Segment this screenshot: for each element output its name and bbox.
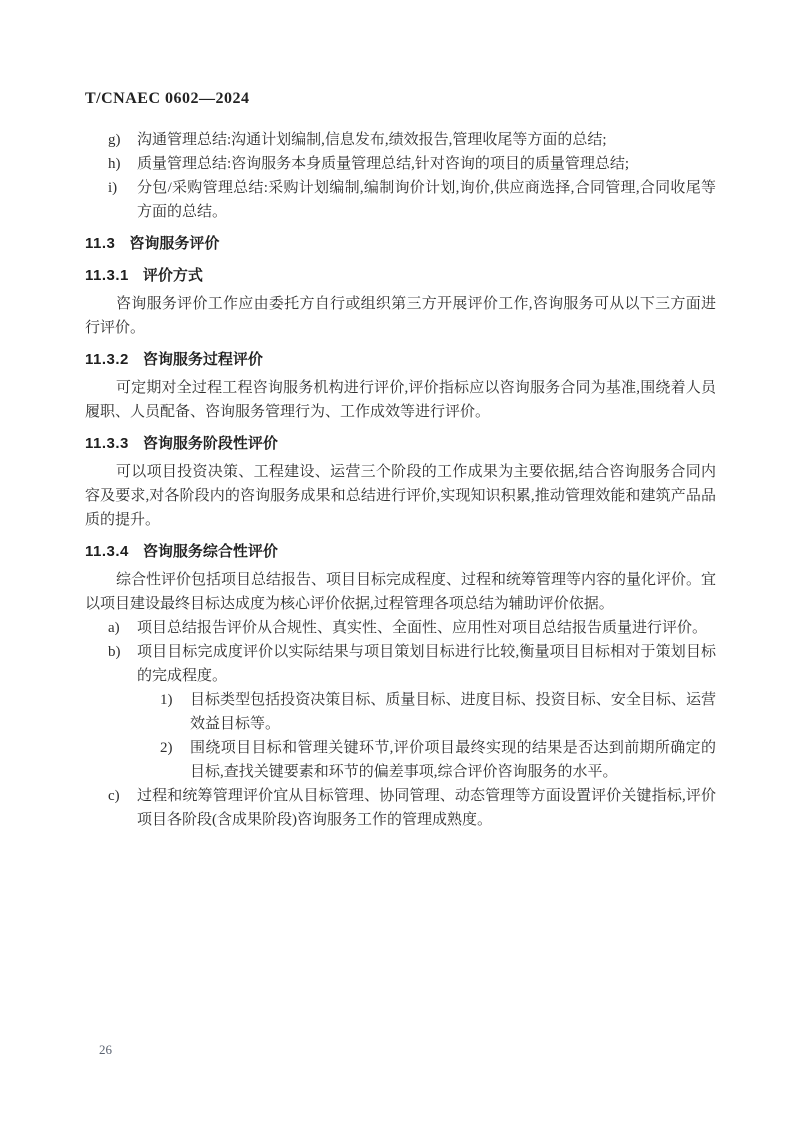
- list-text: 项目目标完成度评价以实际结果与项目策划目标进行比较,衡量项目目标相对于策划目标的…: [137, 640, 716, 688]
- section-number: 11.3.1: [85, 264, 129, 288]
- list-item-i: i) 分包/采购管理总结:采购计划编制,编制询价计划,询价,供应商选择,合同管理…: [85, 176, 716, 224]
- list-text: 项目总结报告评价从合规性、真实性、全面性、应用性对项目总结报告质量进行评价。: [137, 616, 716, 640]
- list-text: 质量管理总结:咨询服务本身质量管理总结,针对咨询的项目的质量管理总结;: [137, 152, 716, 176]
- section-heading-11-3-2: 11.3.2咨询服务过程评价: [85, 348, 716, 372]
- standard-number-header: T/CNAEC 0602—2024: [85, 90, 250, 108]
- section-heading-11-3-1: 11.3.1评价方式: [85, 264, 716, 288]
- summary-list: g) 沟通管理总结:沟通计划编制,信息发布,绩效报告,管理收尾等方面的总结; h…: [85, 128, 716, 224]
- list-marker: h): [108, 152, 137, 176]
- target-sublist: 1) 目标类型包括投资决策目标、质量目标、进度目标、投资目标、安全目标、运营效益…: [137, 688, 716, 784]
- document-page: T/CNAEC 0602—2024 g) 沟通管理总结:沟通计划编制,信息发布,…: [0, 0, 799, 1131]
- list-marker: 2): [160, 736, 190, 760]
- list-text: 沟通管理总结:沟通计划编制,信息发布,绩效报告,管理收尾等方面的总结;: [137, 128, 716, 152]
- list-item-a: a) 项目总结报告评价从合规性、真实性、全面性、应用性对项目总结报告质量进行评价…: [85, 616, 716, 640]
- section-title: 评价方式: [143, 267, 203, 284]
- evaluation-list: a) 项目总结报告评价从合规性、真实性、全面性、应用性对项目总结报告质量进行评价…: [85, 616, 716, 832]
- section-heading-11-3-4: 11.3.4咨询服务综合性评价: [85, 540, 716, 564]
- section-number: 11.3: [85, 232, 115, 256]
- list-text: 分包/采购管理总结:采购计划编制,编制询价计划,询价,供应商选择,合同管理,合同…: [137, 176, 716, 224]
- paragraph-11-3-4: 综合性评价包括项目总结报告、项目目标完成程度、过程和统筹管理等内容的量化评价。宜…: [85, 568, 716, 616]
- page-number: 26: [99, 1042, 112, 1058]
- list-marker: c): [108, 784, 137, 808]
- paragraph-11-3-3: 可以项目投资决策、工程建设、运营三个阶段的工作成果为主要依据,结合咨询服务合同内…: [85, 460, 716, 532]
- list-marker: b): [108, 640, 137, 664]
- list-item-b: b) 项目目标完成度评价以实际结果与项目策划目标进行比较,衡量项目目标相对于策划…: [85, 640, 716, 688]
- page-content: g) 沟通管理总结:沟通计划编制,信息发布,绩效报告,管理收尾等方面的总结; h…: [85, 128, 716, 832]
- section-title: 咨询服务综合性评价: [143, 543, 278, 560]
- section-heading-11-3: 11.3咨询服务评价: [85, 232, 716, 256]
- list-text: 围绕项目目标和管理关键环节,评价项目最终实现的结果是否达到前期所确定的目标,查找…: [190, 736, 716, 784]
- section-title: 咨询服务过程评价: [143, 351, 263, 368]
- sub-item-1: 1) 目标类型包括投资决策目标、质量目标、进度目标、投资目标、安全目标、运营效益…: [137, 688, 716, 736]
- list-text: 目标类型包括投资决策目标、质量目标、进度目标、投资目标、安全目标、运营效益目标等…: [190, 688, 716, 736]
- list-text: 过程和统筹管理评价宜从目标管理、协同管理、动态管理等方面设置评价关键指标,评价项…: [137, 784, 716, 832]
- sub-item-2: 2) 围绕项目目标和管理关键环节,评价项目最终实现的结果是否达到前期所确定的目标…: [137, 736, 716, 784]
- paragraph-11-3-1: 咨询服务评价工作应由委托方自行或组织第三方开展评价工作,咨询服务可从以下三方面进…: [85, 292, 716, 340]
- section-heading-11-3-3: 11.3.3咨询服务阶段性评价: [85, 432, 716, 456]
- list-marker: a): [108, 616, 137, 640]
- section-title: 咨询服务阶段性评价: [143, 435, 278, 452]
- list-item-c: c) 过程和统筹管理评价宜从目标管理、协同管理、动态管理等方面设置评价关键指标,…: [85, 784, 716, 832]
- section-title: 咨询服务评价: [129, 235, 219, 252]
- list-item-h: h) 质量管理总结:咨询服务本身质量管理总结,针对咨询的项目的质量管理总结;: [85, 152, 716, 176]
- list-item-g: g) 沟通管理总结:沟通计划编制,信息发布,绩效报告,管理收尾等方面的总结;: [85, 128, 716, 152]
- list-marker: i): [108, 176, 137, 200]
- section-number: 11.3.4: [85, 540, 129, 564]
- list-marker: 1): [160, 688, 190, 712]
- list-marker: g): [108, 128, 137, 152]
- section-number: 11.3.3: [85, 432, 129, 456]
- paragraph-11-3-2: 可定期对全过程工程咨询服务机构进行评价,评价指标应以咨询服务合同为基准,围绕着人…: [85, 376, 716, 424]
- section-number: 11.3.2: [85, 348, 129, 372]
